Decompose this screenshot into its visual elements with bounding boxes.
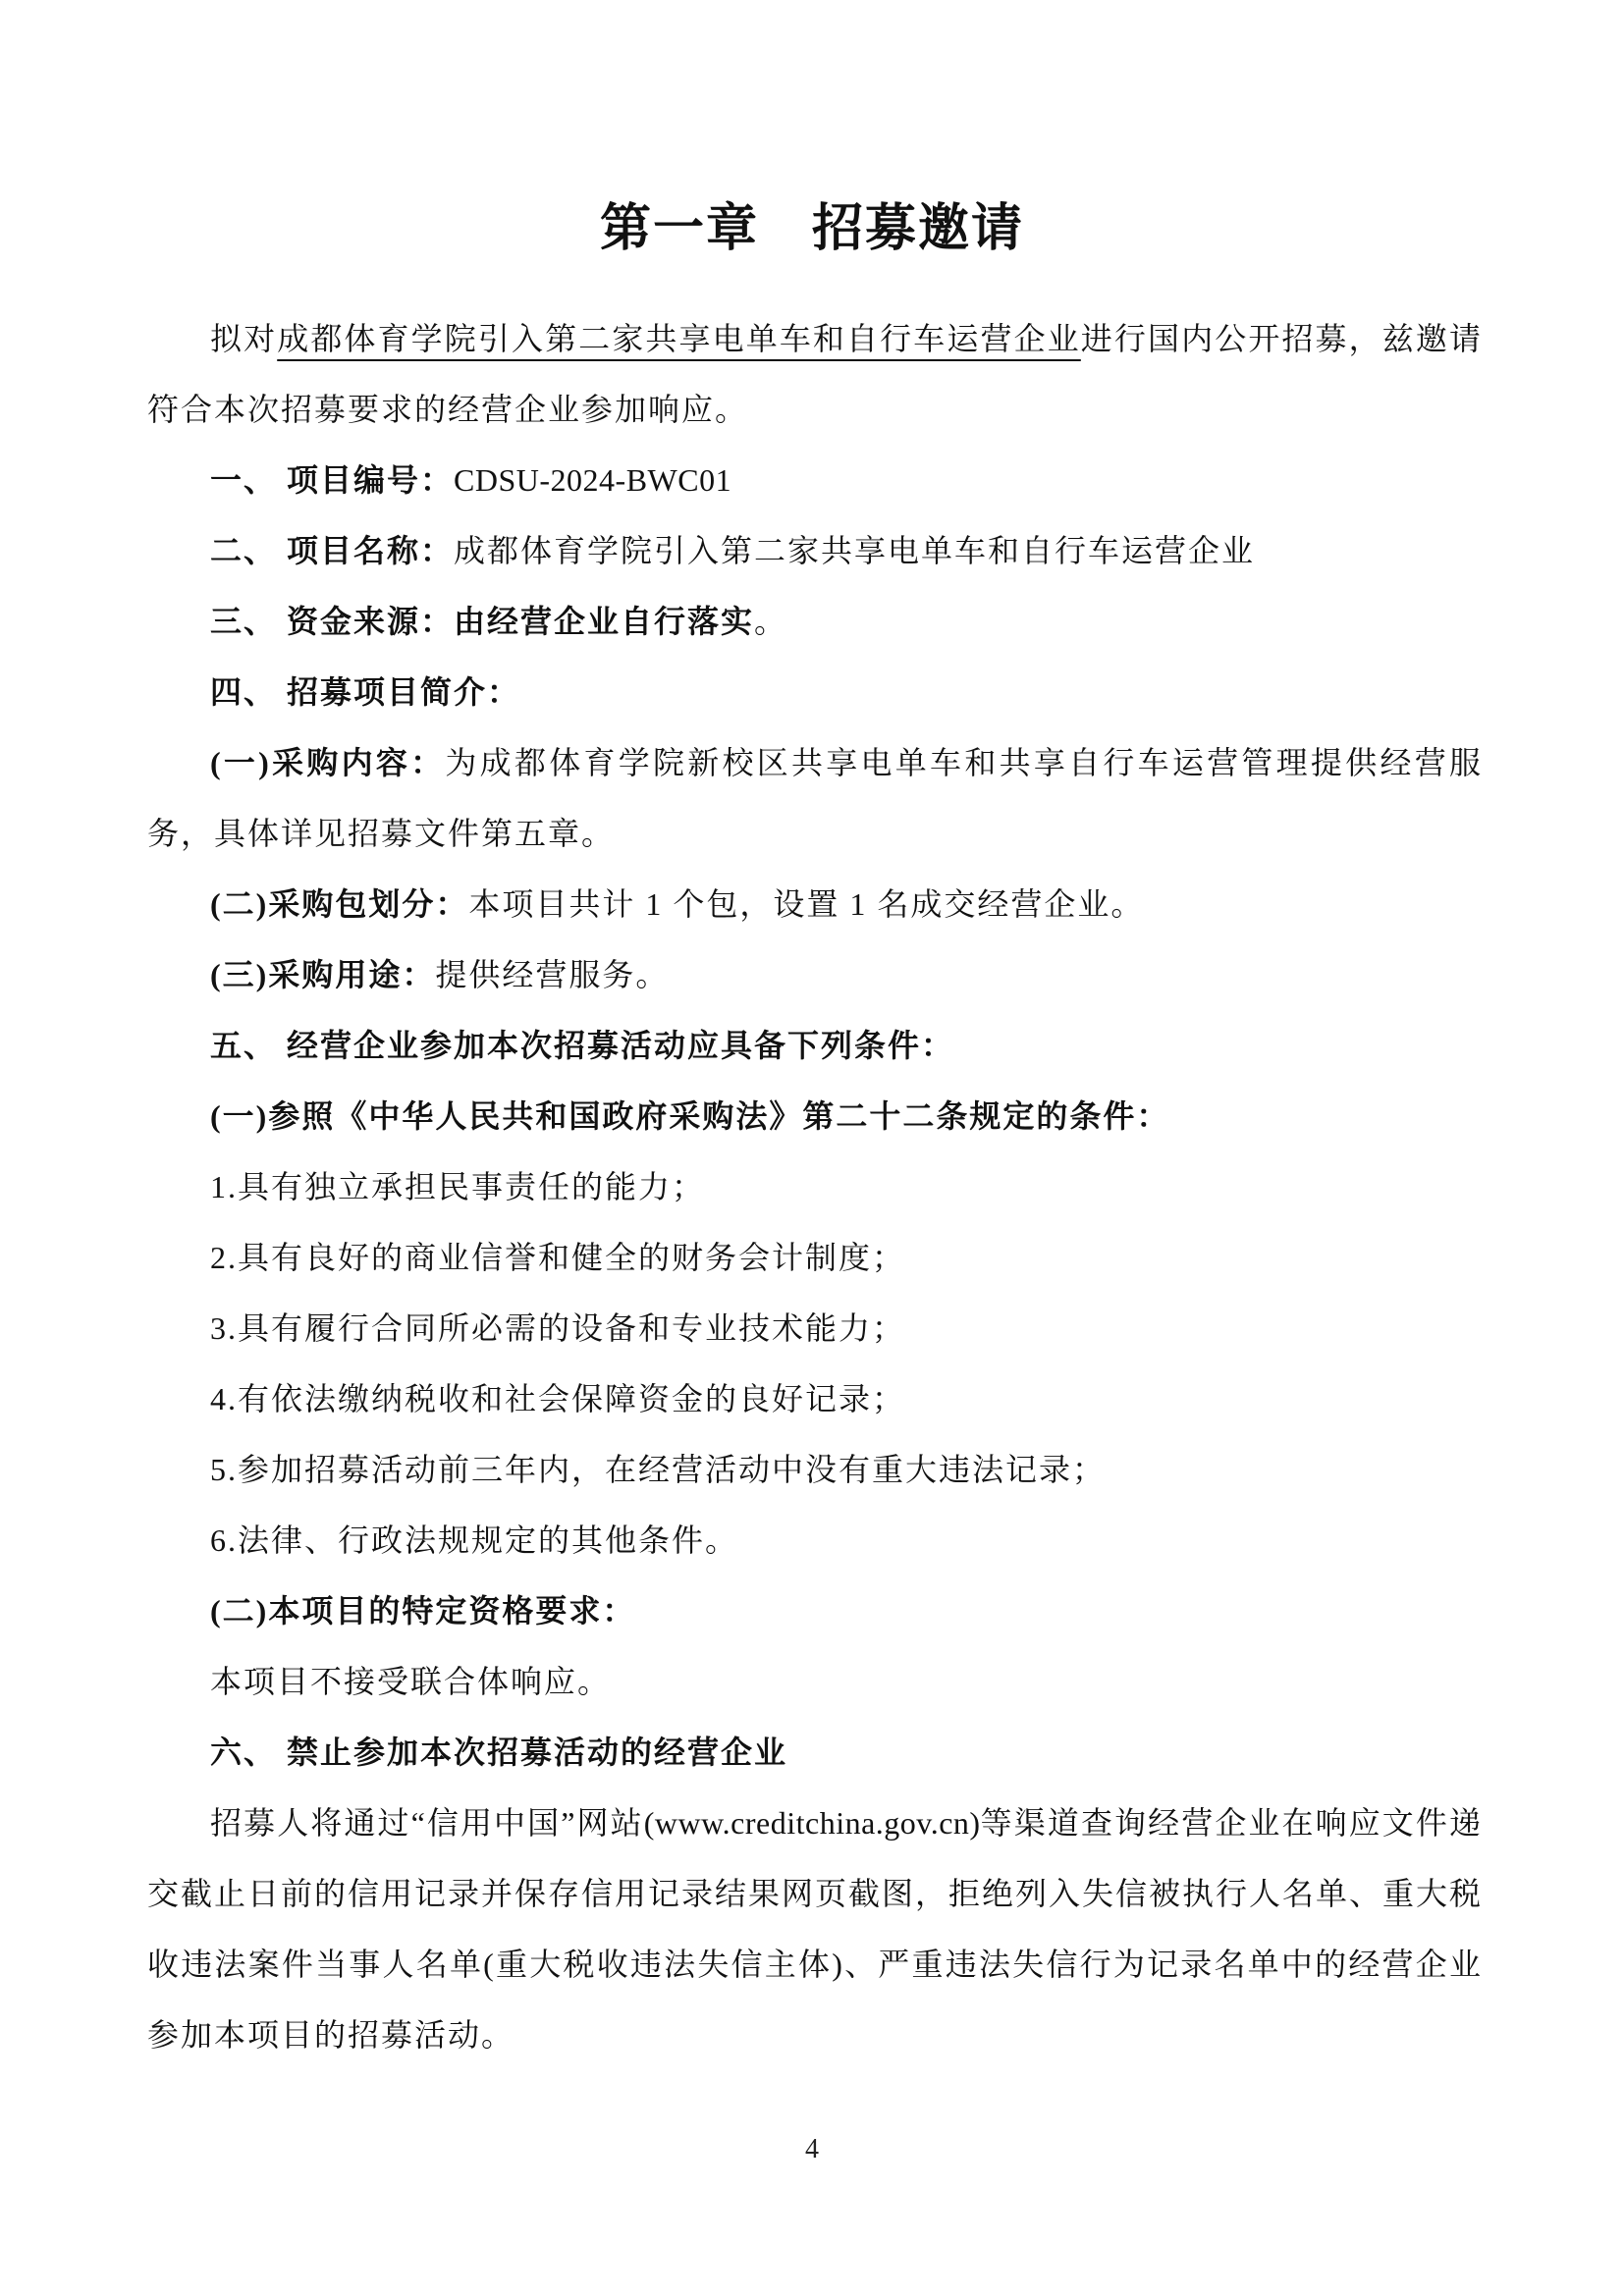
text-run: 1.具有独立承担民事责任的能力； xyxy=(210,1169,705,1204)
paragraph: 拟对成都体育学院引入第二家共享电单车和自行车运营企业进行国内公开招募，兹邀请符合… xyxy=(147,303,1483,445)
paragraph: 1.具有独立承担民事责任的能力； xyxy=(147,1151,1483,1222)
text-run: 等渠道查询经营企业在响应文件递交截止日前的信用记录并保存信用记录结果网页截图，拒… xyxy=(147,1805,1483,2053)
text-run: 2.具有良好的商业信誉和健全的财务会计制度； xyxy=(210,1240,905,1275)
text-run: (一)参照《中华人民共和国政府采购法》第二十二条规定的条件： xyxy=(210,1098,1169,1134)
text-run: (www.creditchina.gov.cn) xyxy=(644,1805,981,1841)
text-run: (二)采购包划分： xyxy=(210,886,468,922)
text-run: (三)采购用途： xyxy=(210,957,435,992)
text-run: 成都体育学院引入第二家共享电单车和自行车运营企业 xyxy=(277,321,1081,356)
paragraph: 二、 项目名称：成都体育学院引入第二家共享电单车和自行车运营企业 xyxy=(147,515,1483,586)
paragraph: 5.参加招募活动前三年内，在经营活动中没有重大违法记录； xyxy=(147,1434,1483,1505)
paragraph: 本项目不接受联合体响应。 xyxy=(147,1646,1483,1717)
paragraph: 三、 资金来源：由经营企业自行落实。 xyxy=(147,586,1483,657)
document-body: 拟对成都体育学院引入第二家共享电单车和自行车运营企业进行国内公开招募，兹邀请符合… xyxy=(147,303,1483,2070)
text-run: 五、 经营企业参加本次招募活动应具备下列条件： xyxy=(210,1028,954,1063)
text-run: 一、 项目编号： xyxy=(210,462,454,498)
text-run: 四、 招募项目简介： xyxy=(210,674,520,710)
paragraph: 一、 项目编号：CDSU-2024-BWC01 xyxy=(147,445,1483,515)
text-run: 3.具有履行合同所必需的设备和专业技术能力； xyxy=(210,1310,905,1346)
paragraph: 3.具有履行合同所必需的设备和专业技术能力； xyxy=(147,1293,1483,1363)
text-run: 5.参加招募活动前三年内，在经营活动中没有重大违法记录； xyxy=(210,1452,1106,1487)
text-run: 。 xyxy=(754,604,787,639)
paragraph: (三)采购用途：提供经营服务。 xyxy=(147,939,1483,1010)
paragraph: 五、 经营企业参加本次招募活动应具备下列条件： xyxy=(147,1010,1483,1081)
text-run: 提供经营服务。 xyxy=(435,957,669,992)
chapter-title: 第一章 招募邀请 xyxy=(0,192,1624,267)
paragraph: 六、 禁止参加本次招募活动的经营企业 xyxy=(147,1717,1483,1788)
paragraph: 四、 招募项目简介： xyxy=(147,657,1483,727)
text-run: (二)本项目的特定资格要求： xyxy=(210,1593,635,1629)
text-run: 拟对 xyxy=(210,321,277,356)
text-run: 本项目不接受联合体响应。 xyxy=(210,1664,611,1699)
paragraph: 招募人将通过“信用中国”网站(www.creditchina.gov.cn)等渠… xyxy=(147,1788,1483,2070)
page-footer: 4 xyxy=(0,2120,1624,2179)
text-run: (一)采购内容： xyxy=(210,745,445,780)
document-page: 第一章 招募邀请 拟对成都体育学院引入第二家共享电单车和自行车运营企业进行国内公… xyxy=(0,0,1624,2296)
paragraph: (二)采购包划分：本项目共计 1 个包，设置 1 名成交经营企业。 xyxy=(147,869,1483,939)
text-run: 4.有依法缴纳税收和社会保障资金的良好记录； xyxy=(210,1381,905,1416)
page-number: 4 xyxy=(805,2134,819,2164)
text-run: 二、 项目名称： xyxy=(210,533,454,568)
paragraph: (一)参照《中华人民共和国政府采购法》第二十二条规定的条件： xyxy=(147,1081,1483,1151)
text-run: 6.法律、行政法规规定的其他条件。 xyxy=(210,1522,738,1558)
paragraph: (二)本项目的特定资格要求： xyxy=(147,1575,1483,1646)
paragraph: 4.有依法缴纳税收和社会保障资金的良好记录； xyxy=(147,1363,1483,1434)
text-run: CDSU-2024-BWC01 xyxy=(454,462,731,498)
paragraph: 2.具有良好的商业信誉和健全的财务会计制度； xyxy=(147,1222,1483,1293)
text-run: 招募人将通过“信用中国”网站 xyxy=(210,1805,644,1841)
paragraph: 6.法律、行政法规规定的其他条件。 xyxy=(147,1505,1483,1575)
text-run: 三、 资金来源：由经营企业自行落实 xyxy=(210,604,754,639)
text-run: 成都体育学院引入第二家共享电单车和自行车运营企业 xyxy=(454,533,1255,568)
text-run: 本项目共计 1 个包，设置 1 名成交经营企业。 xyxy=(468,886,1144,922)
text-run: 六、 禁止参加本次招募活动的经营企业 xyxy=(210,1735,787,1770)
paragraph: (一)采购内容：为成都体育学院新校区共享电单车和共享自行车运营管理提供经营服务，… xyxy=(147,727,1483,869)
